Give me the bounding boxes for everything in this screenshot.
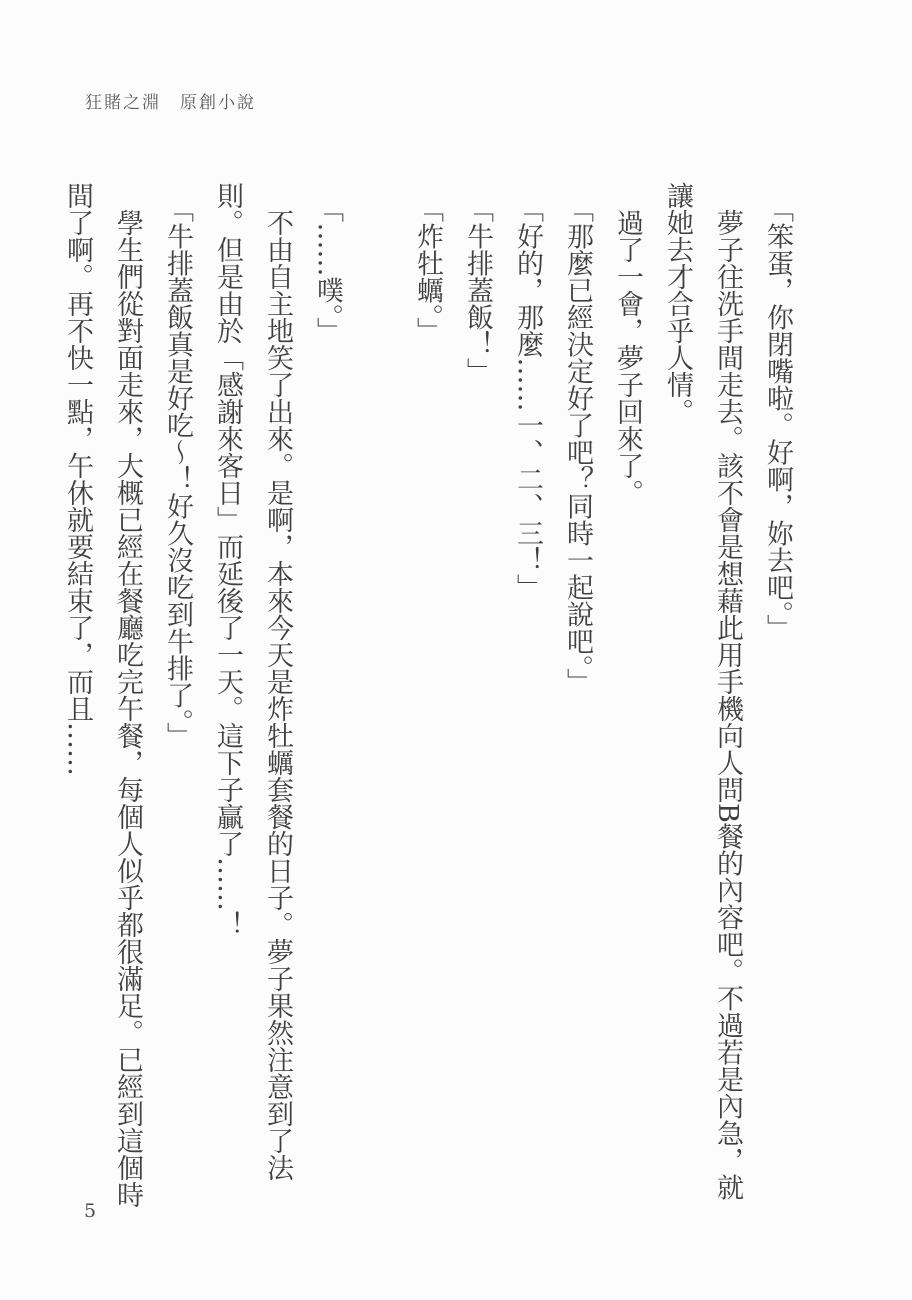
text-line <box>352 182 402 1216</box>
text-line: 「牛排蓋飯！」 <box>452 182 502 1216</box>
text-line: 「那麼已經決定好了吧？同時一起說吧。」 <box>552 182 602 1216</box>
text-line: 學生們從對面走來，大概已經在餐廳吃完午餐，每個人似乎都很滿足。已經到這個時 <box>102 182 152 1216</box>
text-line: 讓她去才合乎人情。 <box>652 182 702 1216</box>
text-line: 「好的，那麼……一、二、三！」 <box>502 182 552 1216</box>
text-line: 過了一會，夢子回來了。 <box>602 182 652 1216</box>
text-line: 「笨蛋，你閉嘴啦。好啊，妳去吧。」 <box>752 182 802 1216</box>
novel-page: 狂賭之淵 原創小說 「笨蛋，你閉嘴啦。好啊，妳去吧。」 夢子往洗手間走去。該不會… <box>0 0 912 1300</box>
text-line: 夢子往洗手間走去。該不會是想藉此用手機向人問B餐的內容吧。不過若是內急，就 <box>702 182 752 1216</box>
vertical-text-block: 「笨蛋，你閉嘴啦。好啊，妳去吧。」 夢子往洗手間走去。該不會是想藉此用手機向人問… <box>52 182 802 1216</box>
text-line: 不由自主地笑了出來。是啊，本來今天是炸牡蠣套餐的日子。夢子果然注意到了法 <box>252 182 302 1216</box>
page-number: 5 <box>84 1200 96 1222</box>
text-line: 則。但是由於「感謝來客日」而延後了一天。這下子贏了……！ <box>202 182 252 1216</box>
text-line: 間了啊。再不快一點，午休就要結束了，而且…… <box>52 182 102 1216</box>
text-line: 「炸牡蠣。」 <box>402 182 452 1216</box>
text-line: 「……噗。」 <box>302 182 352 1216</box>
text-line: 「牛排蓋飯真是好吃～！好久沒吃到牛排了。」 <box>152 182 202 1216</box>
running-header-title: 狂賭之淵 原創小說 <box>85 88 256 113</box>
